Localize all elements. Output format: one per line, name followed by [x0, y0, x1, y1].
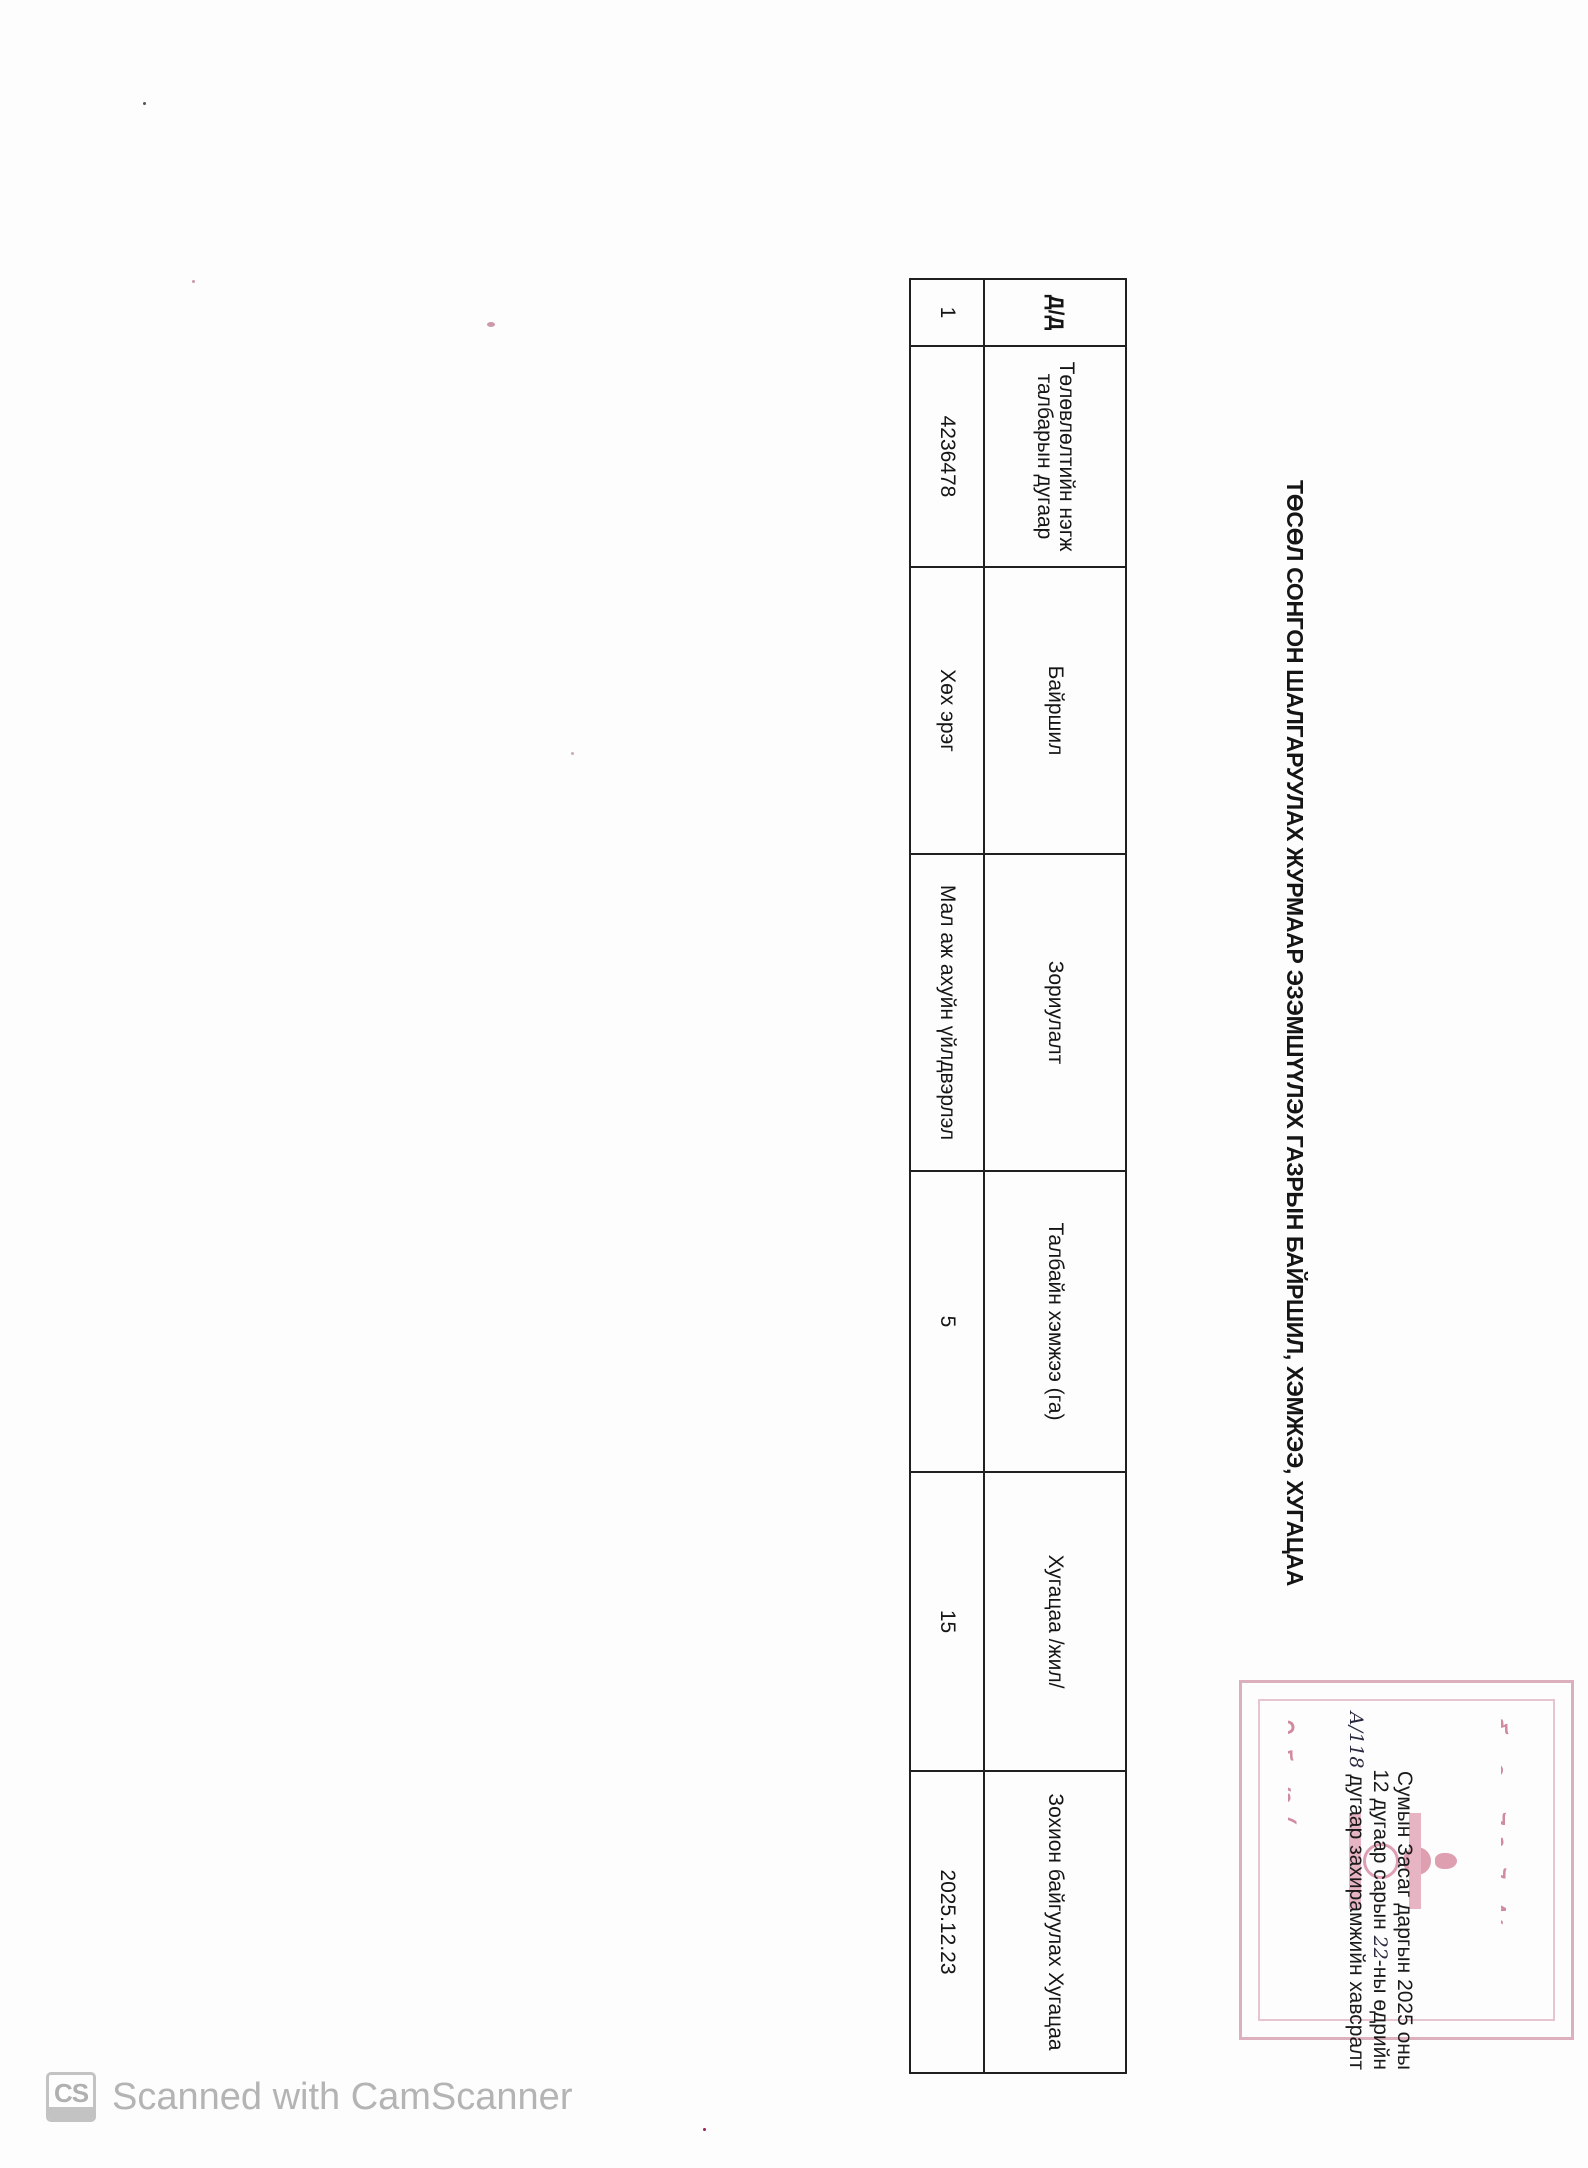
stamp-script-top: ᠮᠣᠩᠭᠣᠯ ᠤᠯᠤᠰ — [1501, 1719, 1531, 2001]
scan-speck — [487, 322, 495, 327]
table-header-row: Д/Д Төлөвлөлтийн нэгж талбарын дугаар Ба… — [984, 279, 1126, 2073]
scan-speck — [703, 2128, 706, 2131]
stamp-script-bottom: ᠲᠠᠮᠠᠭ᠎ᠠ — [1288, 1719, 1318, 2001]
cell-parcel-number: 4236478 — [910, 346, 984, 567]
approval-line-1: Сумын Засаг даргын 2025 оны — [1392, 1630, 1416, 2070]
header-organize-date: Зохион байгуулах Хугацаа — [984, 1771, 1126, 2073]
cell-purpose: Мал аж ахуйн үйлдвэрлэл — [910, 854, 984, 1171]
camscanner-watermark: CS Scanned with CamScanner — [46, 2072, 572, 2122]
cell-index: 1 — [910, 279, 984, 346]
header-index: Д/Д — [984, 279, 1126, 346]
header-parcel-number: Төлөвлөлтийн нэгж талбарын дугаар — [984, 346, 1126, 567]
handwritten-day: 22 — [1369, 1936, 1391, 1960]
scan-speck — [192, 280, 195, 283]
header-location: Байршил — [984, 567, 1126, 854]
watermark-text: Scanned with CamScanner — [112, 2076, 572, 2119]
handwritten-order-number: А/118 — [1345, 1711, 1367, 1768]
approval-annex-note: Сумын Засаг даргын 2025 оны 12 дугаар са… — [1344, 1630, 1416, 2070]
rotated-document-page: ᠮᠣᠩᠭᠣᠯ ᠤᠯᠤᠰ ᠲᠠᠮᠠᠭ᠎ᠠ Сумын Засаг даргын 2… — [0, 0, 1588, 2168]
cell-duration: 15 — [910, 1472, 984, 1771]
scan-speck — [571, 752, 574, 755]
cell-area: 5 — [910, 1171, 984, 1472]
cell-location: Хөх эрэг — [910, 567, 984, 854]
scan-speck — [143, 102, 146, 105]
header-duration: Хугацаа /жил/ — [984, 1472, 1126, 1771]
camscanner-logo-icon: CS — [46, 2072, 96, 2122]
table-row: 1 4236478 Хөх эрэг Мал аж ахуйн үйлдвэрл… — [910, 279, 984, 2073]
cell-organize-date: 2025.12.23 — [910, 1771, 984, 2073]
land-allocation-table: Д/Д Төлөвлөлтийн нэгж талбарын дугаар Ба… — [909, 278, 1127, 2074]
header-area: Талбайн хэмжээ (га) — [984, 1171, 1126, 1472]
header-purpose: Зориулалт — [984, 854, 1126, 1171]
approval-line-2: 12 дугаар сарын 22-ны өдрийн — [1368, 1630, 1392, 2070]
approval-line-3: А/118 дугаар захирамжийн хавсралт — [1344, 1630, 1368, 2070]
